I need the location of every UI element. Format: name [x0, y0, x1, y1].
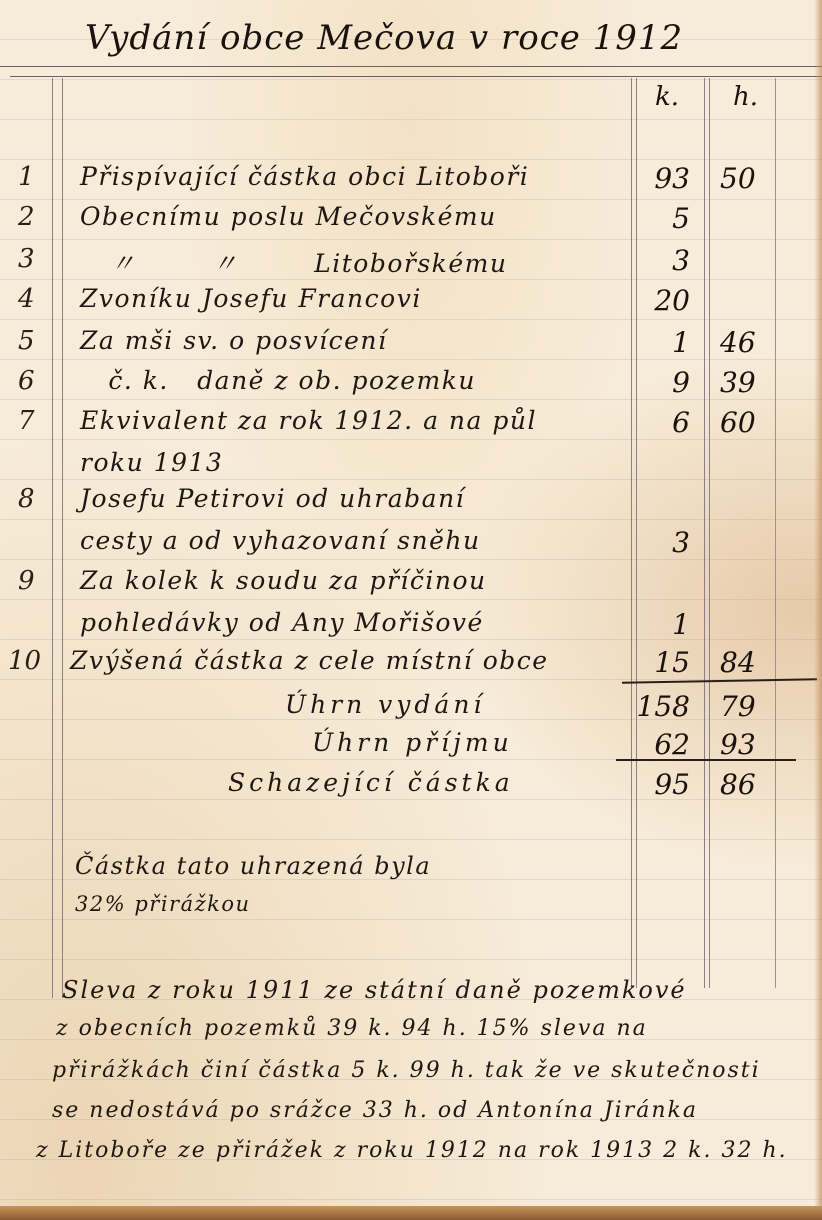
- entry-korun: 3: [630, 526, 690, 559]
- entry-haleru: 84: [720, 646, 770, 679]
- entry-description-line-1: Za kolek k soudu za příčinou: [80, 566, 487, 595]
- entry-haleru: 46: [720, 326, 770, 359]
- entry-korun: 6: [630, 406, 690, 439]
- shortfall-label: Schazející částka: [228, 768, 514, 797]
- entry-description: 〃 〃 Litobořskému: [110, 244, 507, 280]
- ledger-page: Vydání obce Mečova v roce 1912 k. h. 1 P…: [0, 0, 822, 1220]
- column-header-korun: k.: [655, 82, 679, 112]
- paragraph-line-5: z Litoboře ze přirážek z roku 1912 na ro…: [36, 1138, 788, 1163]
- entry-description: Přispívající částka obci Litoboři: [80, 162, 529, 191]
- total-expenses-haleru: 79: [720, 690, 770, 723]
- table-row: 6 č. k. daně z ob. pozemku 9 39: [0, 366, 822, 406]
- entry-description: Za mši sv. o posvícení: [80, 326, 387, 355]
- table-row: 9 Za kolek k soudu za příčinou pohledávk…: [0, 566, 822, 646]
- entry-haleru: 50: [720, 162, 770, 195]
- entry-description: Obecnímu poslu Mečovskému: [80, 202, 497, 231]
- page-title: Vydání obce Mečova v roce 1912: [85, 18, 683, 58]
- entry-korun: 20: [630, 284, 690, 317]
- entry-korun: 1: [630, 608, 690, 641]
- page-edge-right: [814, 0, 822, 1220]
- entry-korun: 1: [630, 326, 690, 359]
- entry-number: 9: [18, 566, 58, 596]
- total-expenses-korun: 158: [630, 690, 690, 723]
- entry-number: 5: [18, 326, 58, 356]
- total-income-haleru: 93: [720, 728, 770, 761]
- entry-korun: 5: [630, 202, 690, 235]
- entry-number: 1: [18, 162, 58, 192]
- entry-number: 4: [18, 284, 58, 314]
- entry-number: 8: [18, 484, 58, 514]
- entry-korun: 15: [630, 646, 690, 679]
- paragraph-line-4: se nedostává po srážce 33 h. od Antonína…: [52, 1098, 698, 1123]
- table-row: 4 Zvoníku Josefu Francovi 20: [0, 284, 822, 324]
- entry-number: 2: [18, 202, 58, 232]
- table-row: 3 〃 〃 Litobořskému 3: [0, 244, 822, 284]
- entry-number: 7: [18, 406, 58, 436]
- column-header-haleru: h.: [733, 82, 758, 112]
- entry-korun: 9: [630, 366, 690, 399]
- total-income-korun: 62: [630, 728, 690, 761]
- table-row: 7 Ekvivalent za rok 1912. a na půl roku …: [0, 406, 822, 486]
- paragraph-line-1: Sleva z roku 1911 ze státní daně pozemko…: [62, 976, 687, 1004]
- table-row: 2 Obecnímu poslu Mečovskému 5: [0, 202, 822, 242]
- entry-description: Zvýšená částka z cele místní obce: [70, 646, 549, 675]
- entry-description-line-2: cesty a od vyhazovaní sněhu: [80, 526, 481, 555]
- entry-haleru: 60: [720, 406, 770, 439]
- entry-korun: 93: [630, 162, 690, 195]
- entry-description: č. k. daně z ob. pozemku: [80, 366, 476, 395]
- entry-description-line-2: pohledávky od Any Mořišové: [80, 608, 484, 637]
- subtotal-rule: [616, 759, 796, 761]
- note-line-2: 32% přirážkou: [75, 892, 251, 916]
- total-expenses-label: Úhrn vydání: [285, 690, 485, 719]
- entry-number: 10: [8, 646, 48, 676]
- total-expenses-row: Úhrn vydání 158 79: [0, 690, 822, 730]
- entry-description-line-1: Ekvivalent za rok 1912. a na půl: [80, 406, 537, 435]
- table-row: 8 Josefu Petirovi od uhrabaní cesty a od…: [0, 484, 822, 564]
- entry-number: 6: [18, 366, 58, 396]
- note-line-1: Částka tato uhrazená byla: [75, 852, 431, 880]
- total-income-label: Úhrn příjmu: [312, 728, 513, 757]
- entry-haleru: 39: [720, 366, 770, 399]
- entry-description: Zvoníku Josefu Francovi: [80, 284, 422, 313]
- shortfall-haleru: 86: [720, 768, 770, 801]
- page-edge-bottom: [0, 1206, 822, 1220]
- paragraph-line-2: z obecních pozemků 39 k. 94 h. 15% sleva…: [56, 1016, 648, 1041]
- title-rule-top: [0, 66, 822, 67]
- total-income-row: Úhrn příjmu 62 93: [0, 728, 822, 768]
- table-row: 5 Za mši sv. o posvícení 1 46: [0, 326, 822, 366]
- shortfall-korun: 95: [630, 768, 690, 801]
- entry-description-line-2: roku 1913: [80, 448, 223, 477]
- title-rule-bottom: [10, 76, 822, 77]
- entry-description-line-1: Josefu Petirovi od uhrabaní: [80, 484, 465, 513]
- shortfall-row: Schazející částka 95 86: [0, 768, 822, 808]
- entry-korun: 3: [630, 244, 690, 277]
- entry-number: 3: [18, 244, 58, 274]
- paragraph-line-3: přirážkách činí částka 5 k. 99 h. tak že…: [52, 1058, 761, 1083]
- table-row: 1 Přispívající částka obci Litoboři 93 5…: [0, 162, 822, 202]
